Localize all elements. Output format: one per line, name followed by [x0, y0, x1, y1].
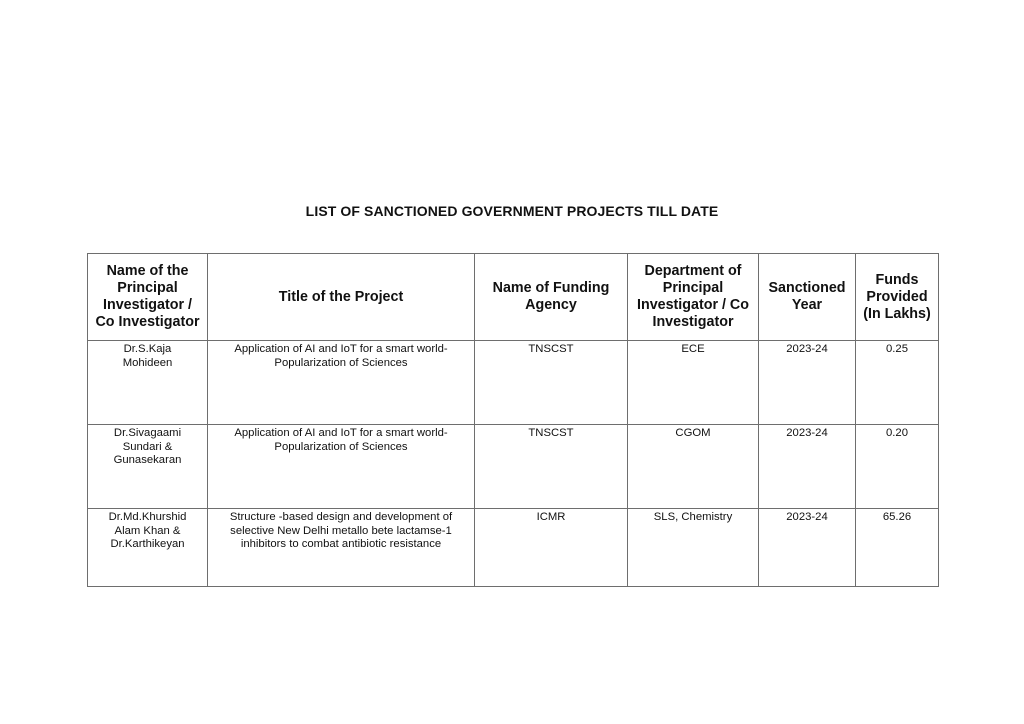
- cell-funds: 0.25: [856, 341, 939, 425]
- cell-funds: 0.20: [856, 425, 939, 509]
- header-investigator: Name of the Principal Investigator / Co …: [88, 254, 208, 341]
- cell-funding-agency: TNSCST: [475, 341, 628, 425]
- table-row: Dr.Md.Khurshid Alam Khan & Dr.Karthikeya…: [88, 509, 939, 587]
- header-funds: Funds Provided (In Lakhs): [856, 254, 939, 341]
- cell-department: CGOM: [628, 425, 759, 509]
- cell-sanctioned-year: 2023-24: [759, 509, 856, 587]
- cell-investigator: Dr.Md.Khurshid Alam Khan & Dr.Karthikeya…: [88, 509, 208, 587]
- cell-project-title: Application of AI and IoT for a smart wo…: [208, 425, 475, 509]
- projects-table: Name of the Principal Investigator / Co …: [87, 253, 939, 587]
- cell-project-title: Structure -based design and development …: [208, 509, 475, 587]
- cell-department: ECE: [628, 341, 759, 425]
- cell-investigator: Dr.S.Kaja Mohideen: [88, 341, 208, 425]
- cell-investigator: Dr.Sivagaami Sundari & Gunasekaran: [88, 425, 208, 509]
- cell-sanctioned-year: 2023-24: [759, 341, 856, 425]
- header-funding-agency: Name of Funding Agency: [475, 254, 628, 341]
- cell-funding-agency: TNSCST: [475, 425, 628, 509]
- header-project-title: Title of the Project: [208, 254, 475, 341]
- cell-funds: 65.26: [856, 509, 939, 587]
- cell-project-title: Application of AI and IoT for a smart wo…: [208, 341, 475, 425]
- table-row: Dr.S.Kaja Mohideen Application of AI and…: [88, 341, 939, 425]
- document-title: LIST OF SANCTIONED GOVERNMENT PROJECTS T…: [0, 203, 1024, 219]
- table-row: Dr.Sivagaami Sundari & Gunasekaran Appli…: [88, 425, 939, 509]
- cell-sanctioned-year: 2023-24: [759, 425, 856, 509]
- cell-department: SLS, Chemistry: [628, 509, 759, 587]
- header-department: Department of Principal Investigator / C…: [628, 254, 759, 341]
- table-header-row: Name of the Principal Investigator / Co …: [88, 254, 939, 341]
- cell-funding-agency: ICMR: [475, 509, 628, 587]
- header-sanctioned-year: Sanctioned Year: [759, 254, 856, 341]
